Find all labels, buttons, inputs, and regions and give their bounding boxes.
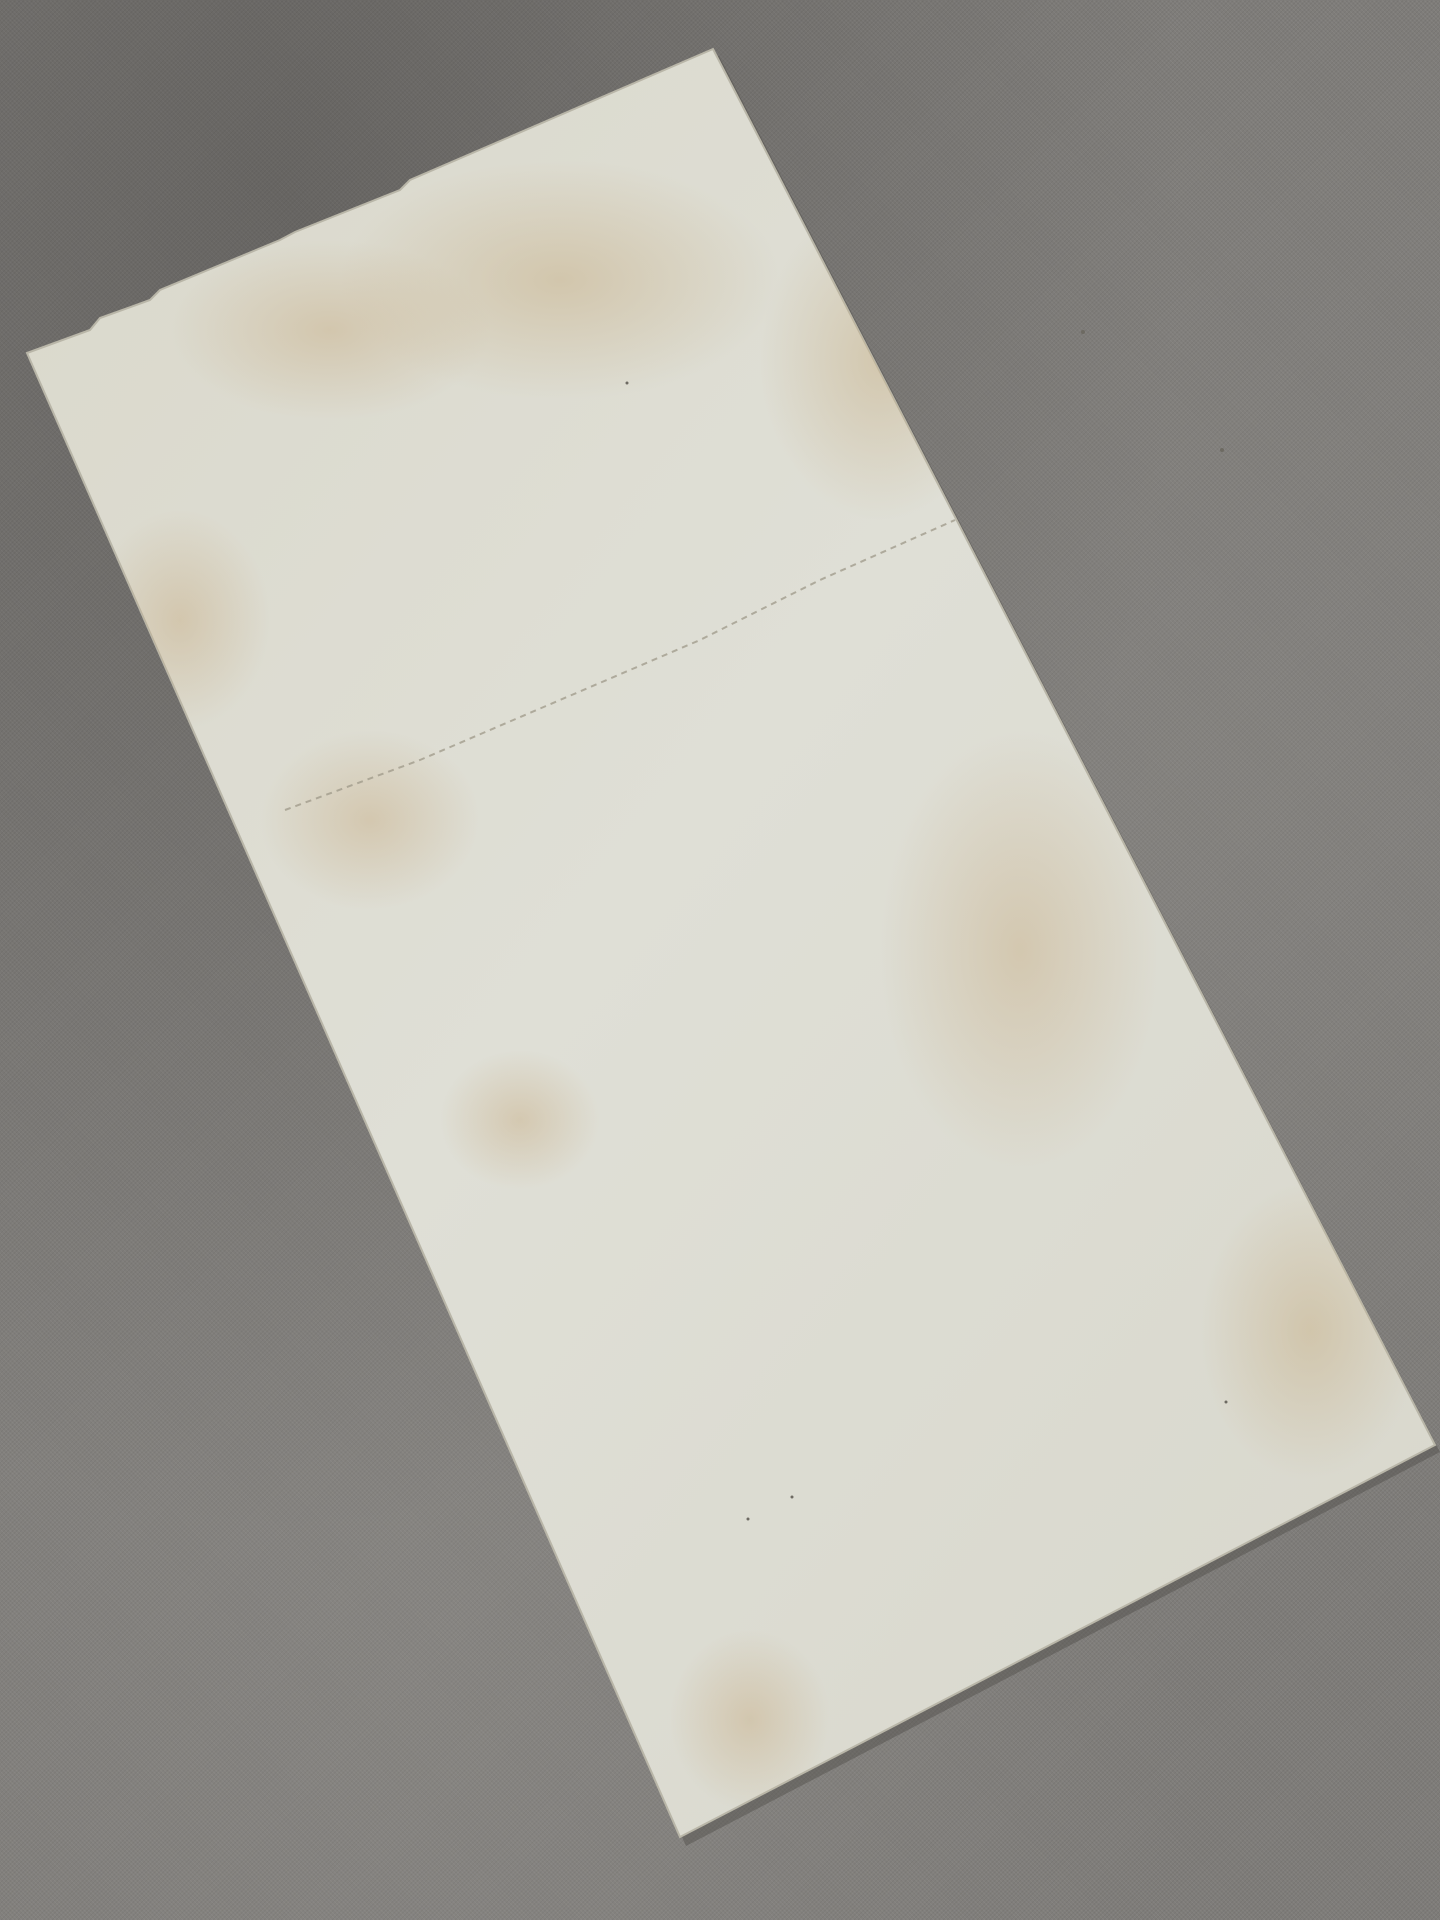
paper-stub [0,0,1440,1920]
photo-scene [0,0,1440,1920]
